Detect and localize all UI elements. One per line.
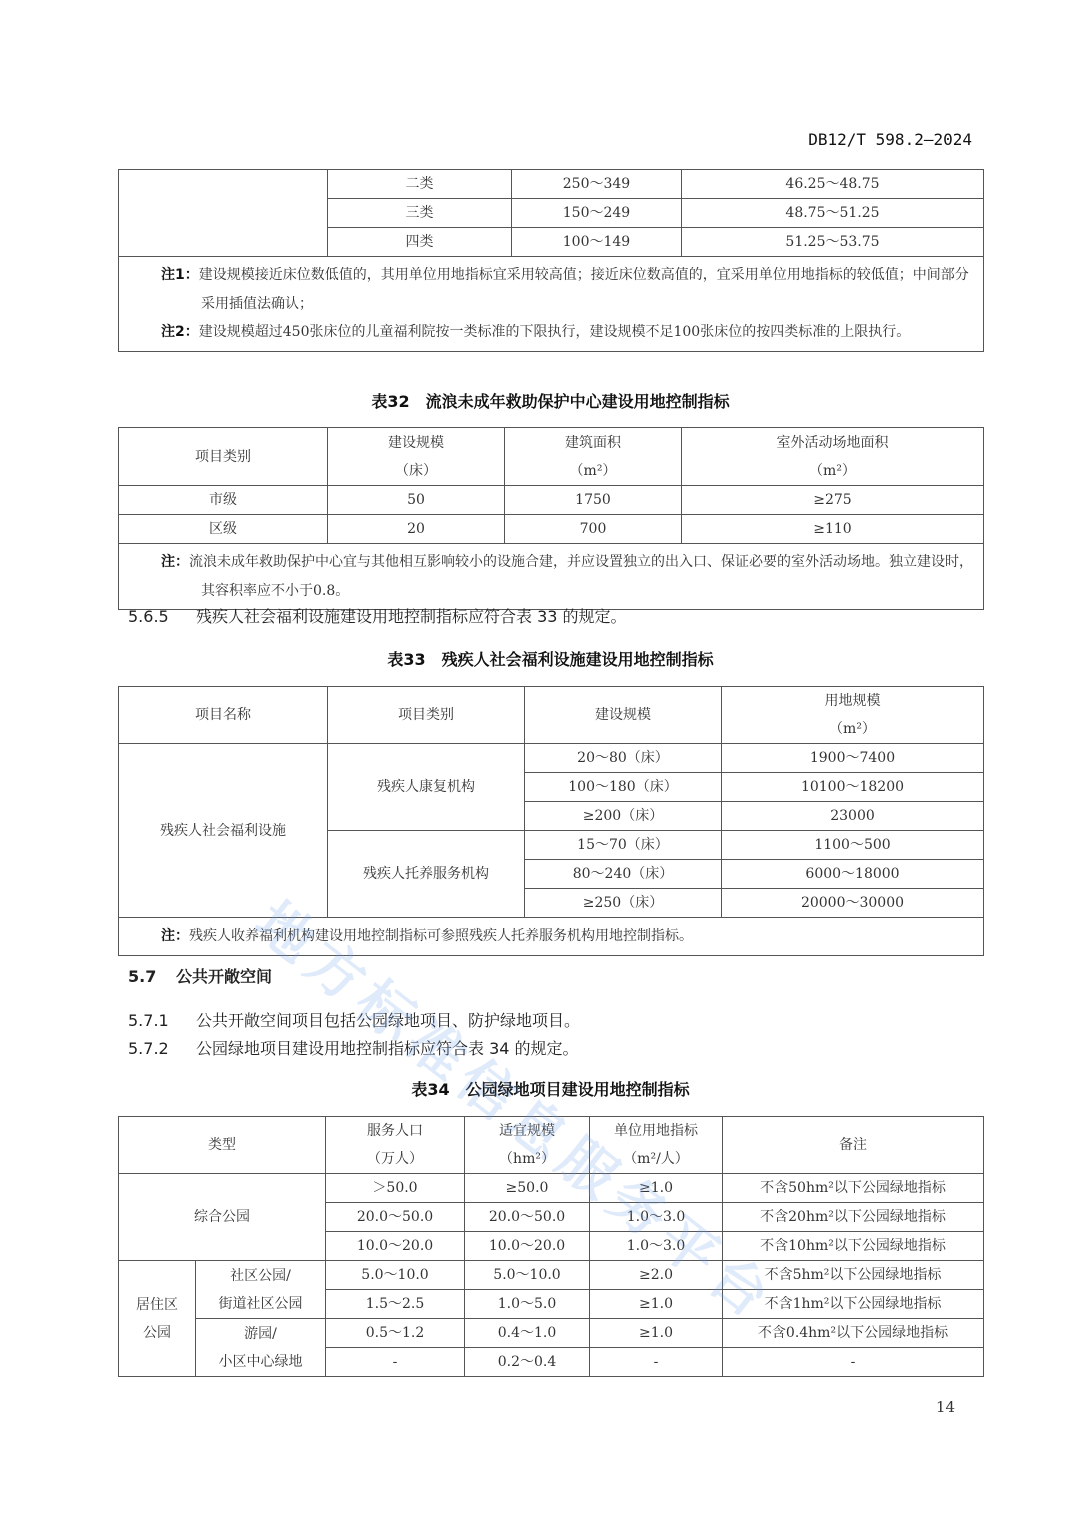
park-subtype-cell: 社区公园/街道社区公园 — [196, 1261, 326, 1319]
table-32-caption: 表32 流浪未成年救助保护中心建设用地控制指标 — [118, 389, 983, 412]
pop-cell: ＞50.0 — [326, 1174, 465, 1203]
header-index: 单位用地指标（m²/人） — [590, 1117, 723, 1174]
scale-cell: 100～180（床） — [525, 773, 722, 802]
index-cell: 1.0～3.0 — [590, 1232, 723, 1261]
remark-cell: 不含10hm²以下公园绿地指标 — [723, 1232, 984, 1261]
header-scale: 建设规模 — [525, 687, 722, 744]
remark-cell: 不含20hm²以下公园绿地指标 — [723, 1203, 984, 1232]
land-cell: 23000 — [722, 802, 984, 831]
facility-name-cell: 残疾人社会福利设施 — [119, 744, 328, 918]
remark-cell: - — [723, 1348, 984, 1377]
type-cell: 市级 — [119, 486, 328, 515]
outdoor-cell: ≥275 — [682, 486, 984, 515]
land-cell: 20000～30000 — [722, 889, 984, 918]
pop-cell: 20.0～50.0 — [326, 1203, 465, 1232]
index-cell: - — [590, 1348, 723, 1377]
land-cell: 1100～500 — [722, 831, 984, 860]
category-cell: 二类 — [328, 170, 512, 199]
header-type: 类型 — [119, 1117, 326, 1174]
index-cell: ≥1.0 — [590, 1319, 723, 1348]
table-note-row: 注1：建设规模接近床位数低值的，其用单位用地指标宜采用较高值；接近床位数高值的，… — [119, 257, 984, 352]
pop-cell: 0.5～1.2 — [326, 1319, 465, 1348]
outdoor-cell: ≥110 — [682, 515, 984, 544]
note-2: 注2：建设规模超过450张床位的儿童福利院按一类标准的下限执行，建设规模不足10… — [161, 318, 975, 347]
table-header-row: 项目类别 建设规模（床） 建筑面积（m²） 室外活动场地面积（m²） — [119, 428, 984, 486]
note-1: 注1：建设规模接近床位数低值的，其用单位用地指标宜采用较高值；接近床位数高值的，… — [161, 261, 975, 318]
scale-cell: 150～249 — [512, 199, 682, 228]
table-note-row: 注：残疾人收养福利机构建设用地控制指标可参照残疾人托养服务机构用地控制指标。 — [119, 918, 984, 956]
index-cell: ≥1.0 — [590, 1290, 723, 1319]
scale-cell: ≥200（床） — [525, 802, 722, 831]
table-header-row: 项目名称 项目类别 建设规模 用地规模（m²） — [119, 687, 984, 744]
table-note-row: 注：流浪未成年救助保护中心宜与其他相互影响较小的设施合建，并应设置独立的出入口、… — [119, 544, 984, 610]
section-5-7-heading: 5.7公共开敞空间 — [128, 964, 272, 987]
header-land: 用地规模（m²） — [722, 687, 984, 744]
scale-cell: 50 — [328, 486, 505, 515]
page-number: 14 — [936, 1398, 955, 1416]
facility-type-cell: 残疾人托养服务机构 — [328, 831, 525, 918]
table-row: 区级 20 700 ≥110 — [119, 515, 984, 544]
scale-cell: ≥50.0 — [465, 1174, 590, 1203]
pop-cell: 1.5～2.5 — [326, 1290, 465, 1319]
scale-cell: 0.2～0.4 — [465, 1348, 590, 1377]
table-32: 项目类别 建设规模（床） 建筑面积（m²） 室外活动场地面积（m²） 市级 50… — [118, 427, 984, 610]
empty-cell — [119, 170, 328, 257]
header-pop: 服务人口（万人） — [326, 1117, 465, 1174]
table-row: 市级 50 1750 ≥275 — [119, 486, 984, 515]
table-header-row: 类型 服务人口（万人） 适宜规模（hm²） 单位用地指标（m²/人） 备注 — [119, 1117, 984, 1174]
table-note: 注：残疾人收养福利机构建设用地控制指标可参照残疾人托养服务机构用地控制指标。 — [119, 918, 984, 956]
table-33: 项目名称 项目类别 建设规模 用地规模（m²） 残疾人社会福利设施 残疾人康复机… — [118, 686, 984, 956]
remark-cell: 不含1hm²以下公园绿地指标 — [723, 1290, 984, 1319]
table-row: 综合公园 ＞50.0 ≥50.0 ≥1.0 不含50hm²以下公园绿地指标 — [119, 1174, 984, 1203]
index-cell: ≥1.0 — [590, 1174, 723, 1203]
clause-5-7-2: 5.7.2公园绿地项目建设用地控制指标应符合表 34 的规定。 — [128, 1036, 579, 1059]
table-31-continuation: 二类 250～349 46.25～48.75 三类 150～249 48.75～… — [118, 169, 984, 352]
document-id: DB12/T 598.2—2024 — [808, 130, 972, 149]
pop-cell: 5.0～10.0 — [326, 1261, 465, 1290]
pop-cell: - — [326, 1348, 465, 1377]
scale-cell: 20.0～50.0 — [465, 1203, 590, 1232]
table-note: 注：流浪未成年救助保护中心宜与其他相互影响较小的设施合建，并应设置独立的出入口、… — [119, 544, 984, 610]
header-scale: 建设规模（床） — [328, 428, 505, 486]
table-row: 二类 250～349 46.25～48.75 — [119, 170, 984, 199]
header-area: 建筑面积（m²） — [505, 428, 682, 486]
index-cell: 48.75～51.25 — [682, 199, 984, 228]
table-34-caption: 表34 公园绿地项目建设用地控制指标 — [118, 1077, 983, 1100]
land-cell: 1900～7400 — [722, 744, 984, 773]
scale-cell: 5.0～10.0 — [465, 1261, 590, 1290]
header-name: 项目名称 — [119, 687, 328, 744]
park-type-cell: 居住区公园 — [119, 1261, 196, 1377]
remark-cell: 不含5hm²以下公园绿地指标 — [723, 1261, 984, 1290]
park-subtype-cell: 游园/小区中心绿地 — [196, 1319, 326, 1377]
land-cell: 6000～18000 — [722, 860, 984, 889]
scale-cell: 80～240（床） — [525, 860, 722, 889]
scale-cell: 10.0～20.0 — [465, 1232, 590, 1261]
table-row: 残疾人社会福利设施 残疾人康复机构 20～80（床） 1900～7400 — [119, 744, 984, 773]
index-cell: 51.25～53.75 — [682, 228, 984, 257]
scale-cell: 15～70（床） — [525, 831, 722, 860]
scale-cell: 20～80（床） — [525, 744, 722, 773]
header-remark: 备注 — [723, 1117, 984, 1174]
index-cell: ≥2.0 — [590, 1261, 723, 1290]
clause-5-7-1: 5.7.1公共开敞空间项目包括公园绿地项目、防护绿地项目。 — [128, 1008, 580, 1031]
scale-cell: 100～149 — [512, 228, 682, 257]
land-cell: 10100～18200 — [722, 773, 984, 802]
scale-cell: ≥250（床） — [525, 889, 722, 918]
table-row: 游园/小区中心绿地 0.5～1.2 0.4～1.0 ≥1.0 不含0.4hm²以… — [119, 1319, 984, 1348]
scale-cell: 250～349 — [512, 170, 682, 199]
clause-5-6-5: 5.6.5残疾人社会福利设施建设用地控制指标应符合表 33 的规定。 — [128, 604, 627, 627]
table-33-caption: 表33 残疾人社会福利设施建设用地控制指标 — [118, 647, 983, 670]
scale-cell: 1.0～5.0 — [465, 1290, 590, 1319]
header-scale: 适宜规模（hm²） — [465, 1117, 590, 1174]
table-notes: 注1：建设规模接近床位数低值的，其用单位用地指标宜采用较高值；接近床位数高值的，… — [119, 257, 984, 352]
scale-cell: 0.4～1.0 — [465, 1319, 590, 1348]
area-cell: 700 — [505, 515, 682, 544]
category-cell: 四类 — [328, 228, 512, 257]
facility-type-cell: 残疾人康复机构 — [328, 744, 525, 831]
remark-cell: 不含50hm²以下公园绿地指标 — [723, 1174, 984, 1203]
table-row: 居住区公园 社区公园/街道社区公园 5.0～10.0 5.0～10.0 ≥2.0… — [119, 1261, 984, 1290]
index-cell: 46.25～48.75 — [682, 170, 984, 199]
header-type: 项目类别 — [119, 428, 328, 486]
table-34: 类型 服务人口（万人） 适宜规模（hm²） 单位用地指标（m²/人） 备注 综合… — [118, 1116, 984, 1377]
header-outdoor: 室外活动场地面积（m²） — [682, 428, 984, 486]
pop-cell: 10.0～20.0 — [326, 1232, 465, 1261]
index-cell: 1.0～3.0 — [590, 1203, 723, 1232]
type-cell: 区级 — [119, 515, 328, 544]
park-type-cell: 综合公园 — [119, 1174, 326, 1261]
header-type: 项目类别 — [328, 687, 525, 744]
remark-cell: 不含0.4hm²以下公园绿地指标 — [723, 1319, 984, 1348]
scale-cell: 20 — [328, 515, 505, 544]
area-cell: 1750 — [505, 486, 682, 515]
category-cell: 三类 — [328, 199, 512, 228]
